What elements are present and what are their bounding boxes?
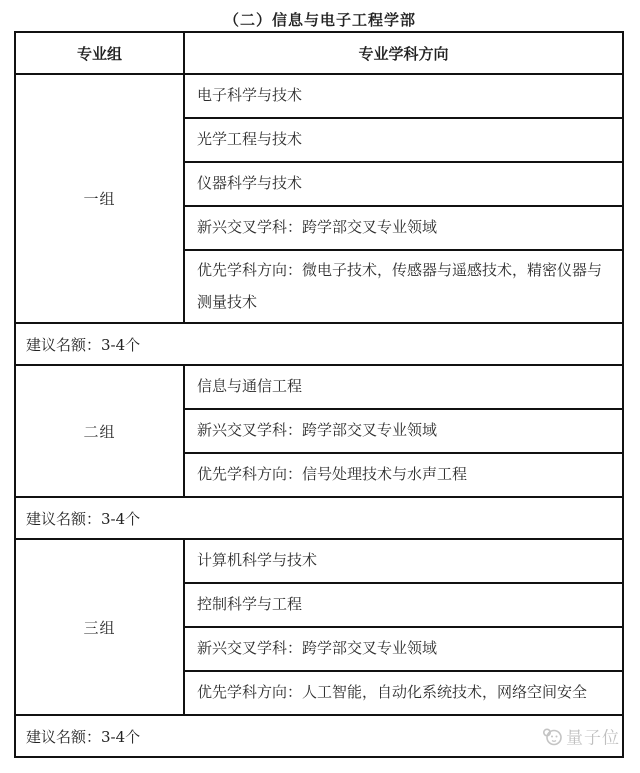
quota-row: 建议名额：3-4个 [15,323,623,365]
direction-cell: 优先学科方向：信号处理技术与水声工程 [184,453,623,497]
qbitai-logo-icon [541,725,563,747]
direction-cell: 计算机科学与技术 [184,539,623,583]
section-title: （二）信息与电子工程学部 [0,0,640,31]
group2-label-cell: 二组 [15,365,184,497]
direction-cell: 优先学科方向：人工智能，自动化系统技术，网络空间安全 [184,671,623,715]
watermark-text: 量子位 [566,724,620,749]
direction-cell: 光学工程与技术 [184,118,623,162]
group2-quota-cell: 建议名额：3-4个 [15,497,623,539]
header-discipline-direction: 专业学科方向 [184,32,623,74]
table-row: 一组 电子科学与技术 [15,74,623,118]
group1-quota-cell: 建议名额：3-4个 [15,323,623,365]
table-header-row: 专业组 专业学科方向 [15,32,623,74]
direction-cell: 电子科学与技术 [184,74,623,118]
group3-quota-cell: 建议名额：3-4个 量子位 [15,715,623,757]
quota-row: 建议名额：3-4个 [15,497,623,539]
direction-cell: 新兴交叉学科：跨学部交叉专业领域 [184,409,623,453]
direction-cell: 新兴交叉学科：跨学部交叉专业领域 [184,206,623,250]
direction-cell: 新兴交叉学科：跨学部交叉专业领域 [184,627,623,671]
header-specialty-group: 专业组 [15,32,184,74]
table-row: 二组 信息与通信工程 [15,365,623,409]
direction-cell: 控制科学与工程 [184,583,623,627]
program-table: 专业组 专业学科方向 一组 电子科学与技术 光学工程与技术 仪器科学与技术 新兴… [14,31,624,758]
document-page: （二）信息与电子工程学部 专业组 专业学科方向 一组 电子科学与技术 光学工程与… [0,0,640,773]
group1-label-cell: 一组 [15,74,184,323]
table-row: 三组 计算机科学与技术 [15,539,623,583]
quota-row: 建议名额：3-4个 量子位 [15,715,623,757]
direction-cell: 信息与通信工程 [184,365,623,409]
watermark: 量子位 [541,724,620,749]
direction-cell: 仪器科学与技术 [184,162,623,206]
group3-label-cell: 三组 [15,539,184,715]
quota-text: 建议名额：3-4个 [26,728,140,746]
direction-cell: 优先学科方向：微电子技术，传感器与遥感技术，精密仪器与测量技术 [184,250,623,323]
